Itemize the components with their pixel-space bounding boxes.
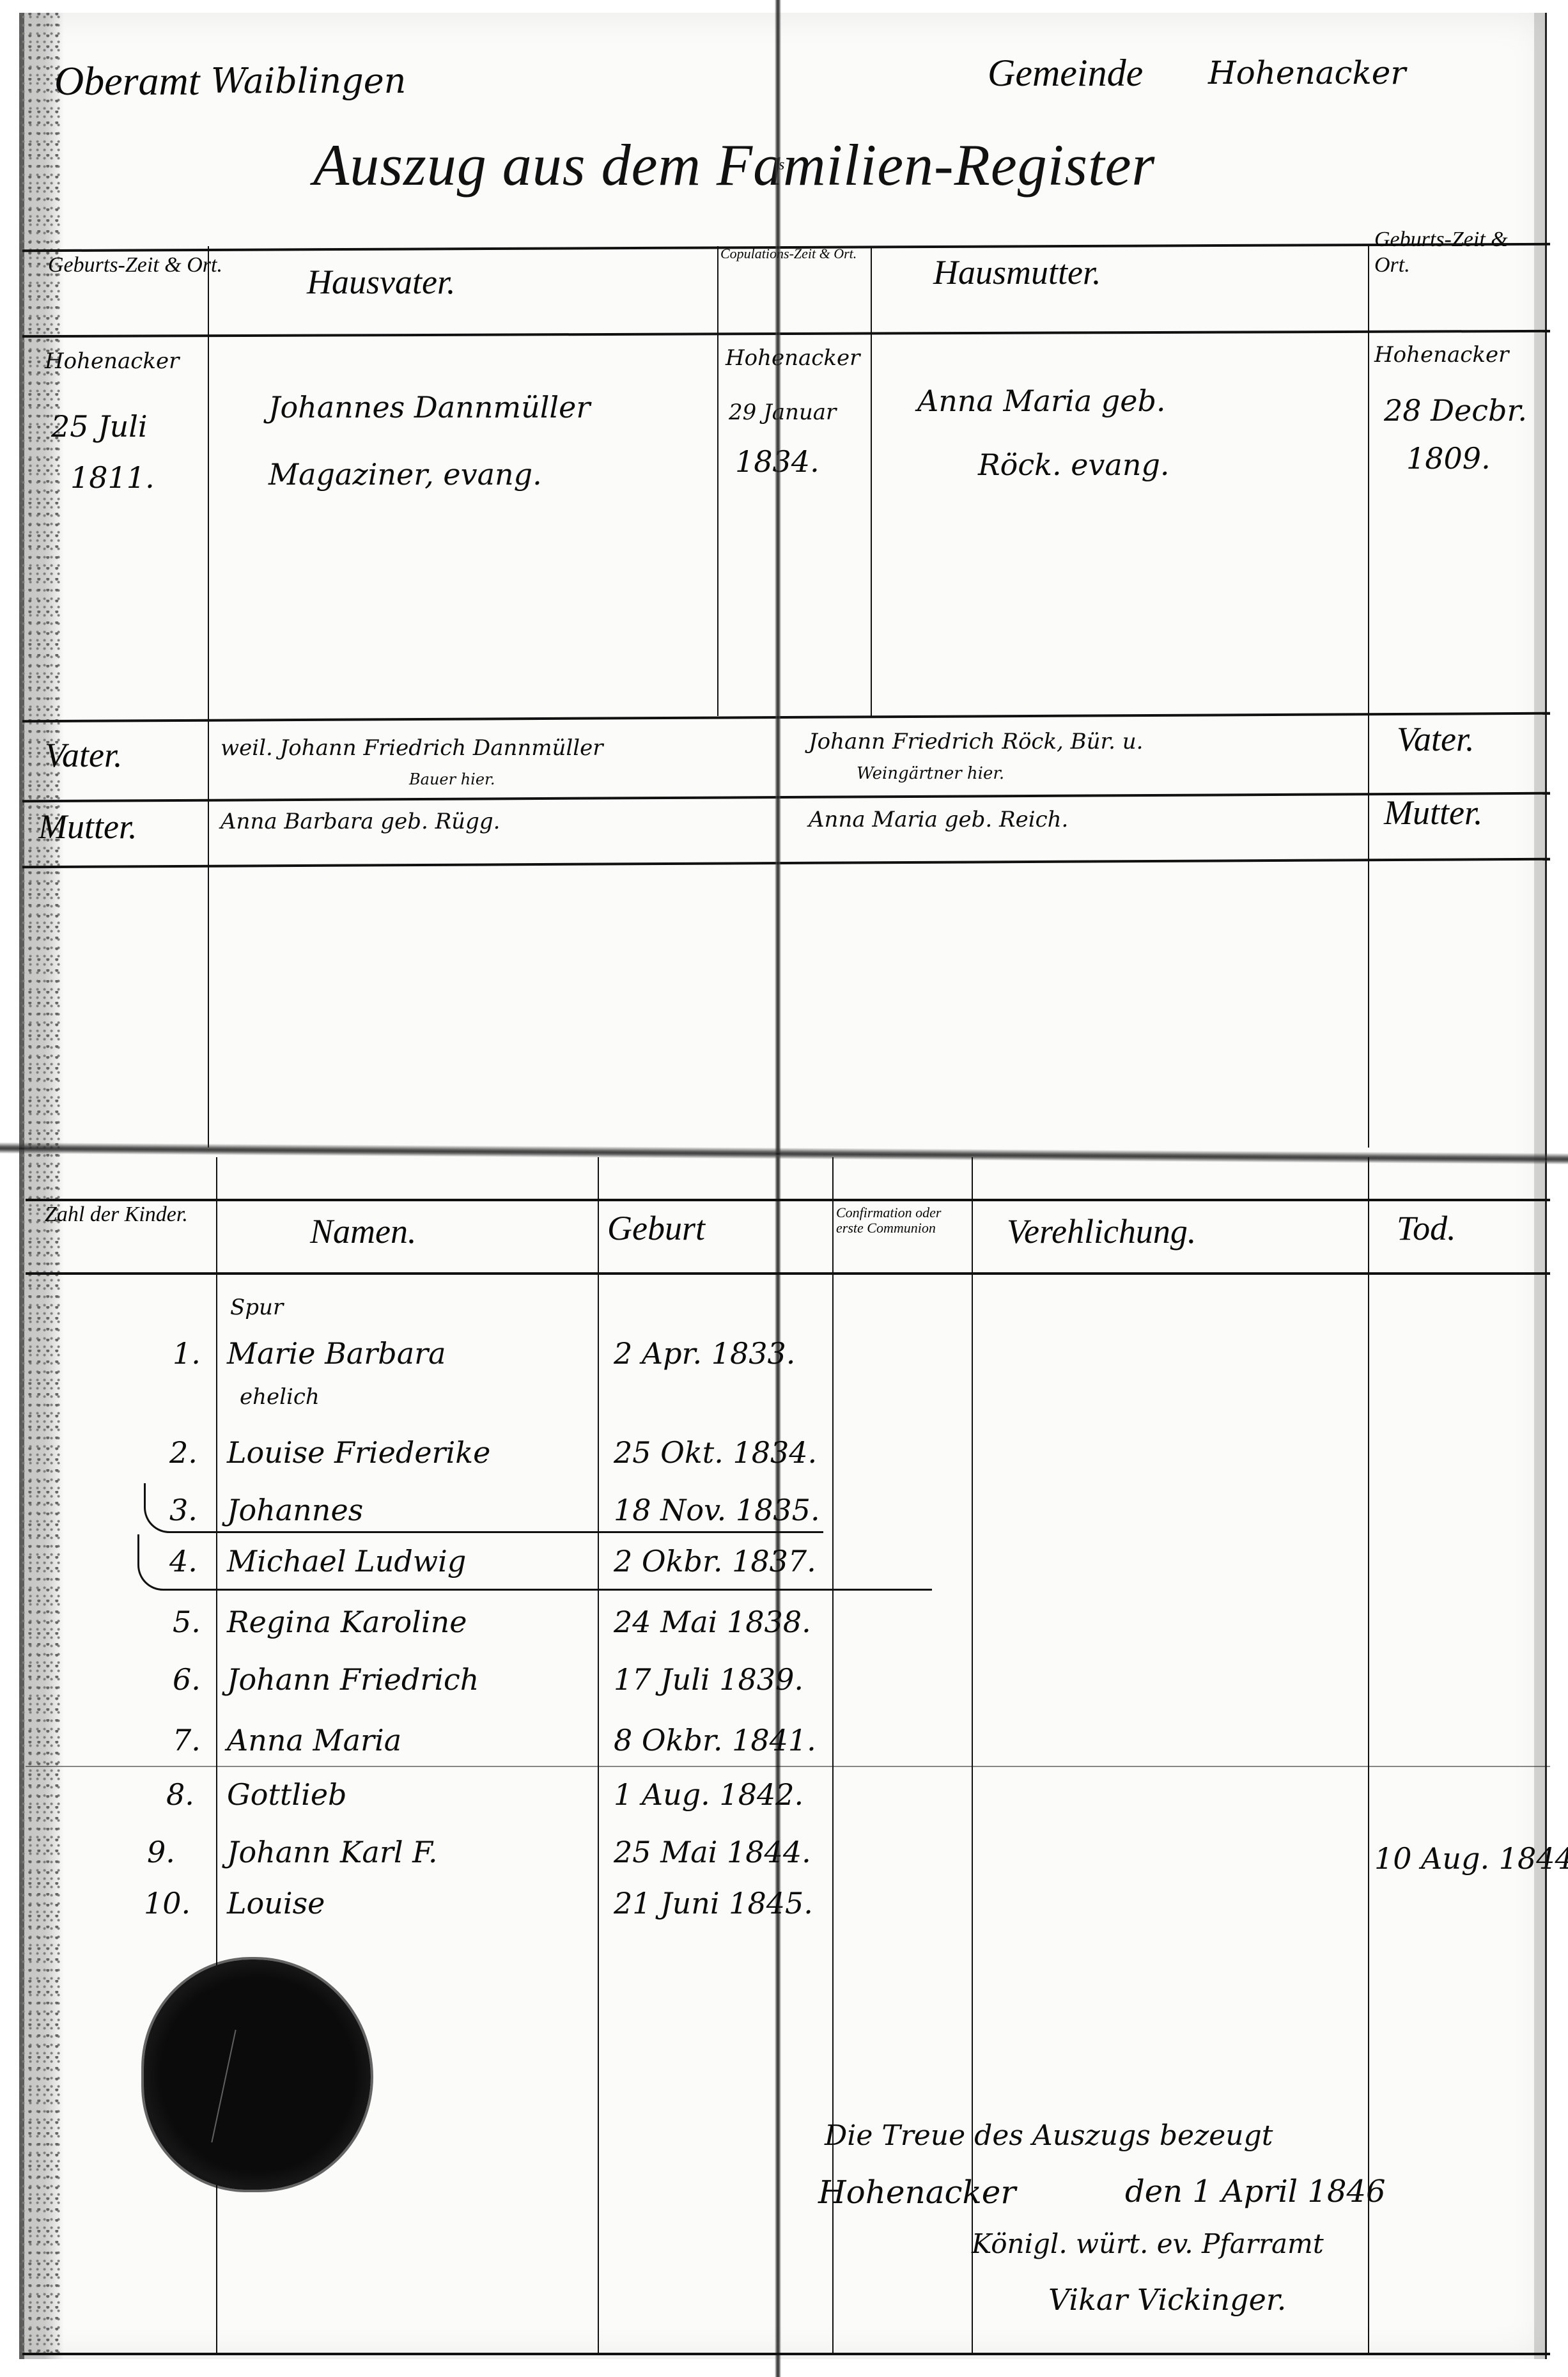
child-number: 1. [173, 1336, 201, 1371]
mother-surname: Röck. evang. [978, 448, 1170, 482]
mother-birth-year: 1809. [1406, 441, 1491, 476]
label-vater-right: Vater. [1397, 719, 1475, 759]
header-child-number: Zahl der Kinder. [45, 1202, 188, 1227]
marriage-date: 29 Januar [729, 400, 836, 425]
child-number: 5. [173, 1605, 201, 1639]
child-number: 8. [166, 1777, 194, 1812]
child-name: Johann Karl F. [227, 1835, 438, 1869]
child-birth: 24 Mai 1838. [614, 1605, 811, 1639]
oberamt-label: Oberamt [54, 58, 200, 105]
rule [26, 1199, 1550, 1201]
father-birth-date: 25 Juli [51, 409, 148, 444]
rule [22, 2353, 1550, 2355]
rule [871, 246, 872, 716]
document-title: Auszug aus dem Familien-Register [313, 131, 1155, 199]
father-birth-place: Hohenacker [45, 348, 179, 374]
rule [26, 1272, 1550, 1275]
label-vater-left: Vater. [45, 735, 123, 775]
maternal-grandfather: Johann Friedrich Röck, Bür. u. [809, 729, 1143, 754]
mother-birth-place: Hohenacker [1374, 342, 1509, 368]
child-1-note: ehelich [240, 1384, 320, 1410]
maternal-grandmother: Anna Maria geb. Reich. [809, 807, 1068, 832]
child-name: Anna Maria [227, 1723, 401, 1757]
gemeinde-value: Hohenacker [1208, 54, 1406, 91]
child-number: 7. [173, 1723, 201, 1757]
child-number: 10. [144, 1886, 190, 1921]
certification-place: Hohenacker [818, 2174, 1016, 2211]
rule [26, 1766, 1550, 1767]
mother-birth-date: 28 Decbr. [1384, 393, 1527, 428]
header-names: Namen. [310, 1212, 416, 1251]
child-death: 10 Aug. 1844. [1374, 1841, 1568, 1876]
child-name: Louise Friederike [227, 1435, 490, 1470]
child-number: 2. [169, 1435, 198, 1470]
label-mutter-right: Mutter. [1384, 793, 1483, 832]
child-birth: 8 Okbr. 1841. [614, 1723, 816, 1757]
fold-crease-vertical [775, 0, 781, 2377]
certification-date: den 1 April 1846 [1125, 2174, 1386, 2209]
child-birth: 2 Apr. 1833. [614, 1336, 795, 1371]
child-name: Johann Friedrich [227, 1662, 479, 1697]
child-1-prefix: Spur [230, 1295, 283, 1320]
wax-seal-icon [144, 1960, 371, 2190]
rule [208, 246, 209, 1148]
certification-office: Königl. würt. ev. Pfarramt [972, 2228, 1324, 2259]
paternal-grandfather-note: Bauer hier. [409, 770, 495, 788]
rule [717, 246, 718, 716]
header-death: Tod. [1397, 1208, 1456, 1248]
label-mutter-left: Mutter. [38, 807, 137, 846]
certification-signature: Vikar Vickinger. [1048, 2282, 1286, 2317]
child-number: 6. [173, 1662, 201, 1697]
oberamt-value: Waiblingen [211, 61, 406, 101]
mother-name: Anna Maria geb. [917, 384, 1166, 418]
header-mother-birth: Geburts-Zeit & Ort. [1374, 227, 1521, 278]
header-hausvater: Hausvater. [307, 262, 455, 302]
child-name: Gottlieb [227, 1777, 347, 1812]
paternal-grandfather: weil. Johann Friedrich Dannmüller [221, 735, 603, 761]
header-father-birth: Geburts-Zeit & Ort. [48, 253, 222, 278]
child-number: 9. [147, 1835, 175, 1869]
marriage-place: Hohenacker [726, 345, 860, 371]
gemeinde-label: Gemeinde [988, 51, 1143, 95]
header-copulation: Copulations-Zeit & Ort. [720, 246, 867, 261]
certification-line-1: Die Treue des Auszugs bezeugt [825, 2119, 1273, 2152]
child-birth: 25 Okt. 1834. [614, 1435, 817, 1470]
bracket-mark [137, 1534, 932, 1591]
rule [1368, 246, 1369, 1148]
child-name: Louise [227, 1886, 325, 1921]
header-hausmutter: Hausmutter. [933, 253, 1101, 292]
father-birth-year: 1811. [70, 460, 155, 495]
child-birth: 17 Juli 1839. [614, 1662, 803, 1697]
child-name: Marie Barbara [227, 1336, 446, 1371]
paternal-grandmother: Anna Barbara geb. Rügg. [221, 809, 500, 834]
child-name: Regina Karoline [227, 1605, 467, 1639]
header-confirmation: Confirmation oder erste Communion [836, 1205, 970, 1236]
child-birth: 21 Juni 1845. [614, 1886, 813, 1921]
header-marriage: Verehlichung. [1007, 1212, 1196, 1251]
maternal-grandfather-note: Weingärtner hier. [857, 764, 1004, 783]
father-name: Johannes Dannmüller [268, 390, 590, 425]
bracket-mark [144, 1483, 823, 1533]
father-occupation: Magaziner, evang. [268, 457, 542, 492]
header-birth: Geburt [607, 1208, 705, 1248]
child-birth: 1 Aug. 1842. [614, 1777, 803, 1812]
scan-edge-right [1534, 13, 1547, 2359]
rule [598, 1157, 599, 2353]
child-birth: 25 Mai 1844. [614, 1835, 811, 1869]
